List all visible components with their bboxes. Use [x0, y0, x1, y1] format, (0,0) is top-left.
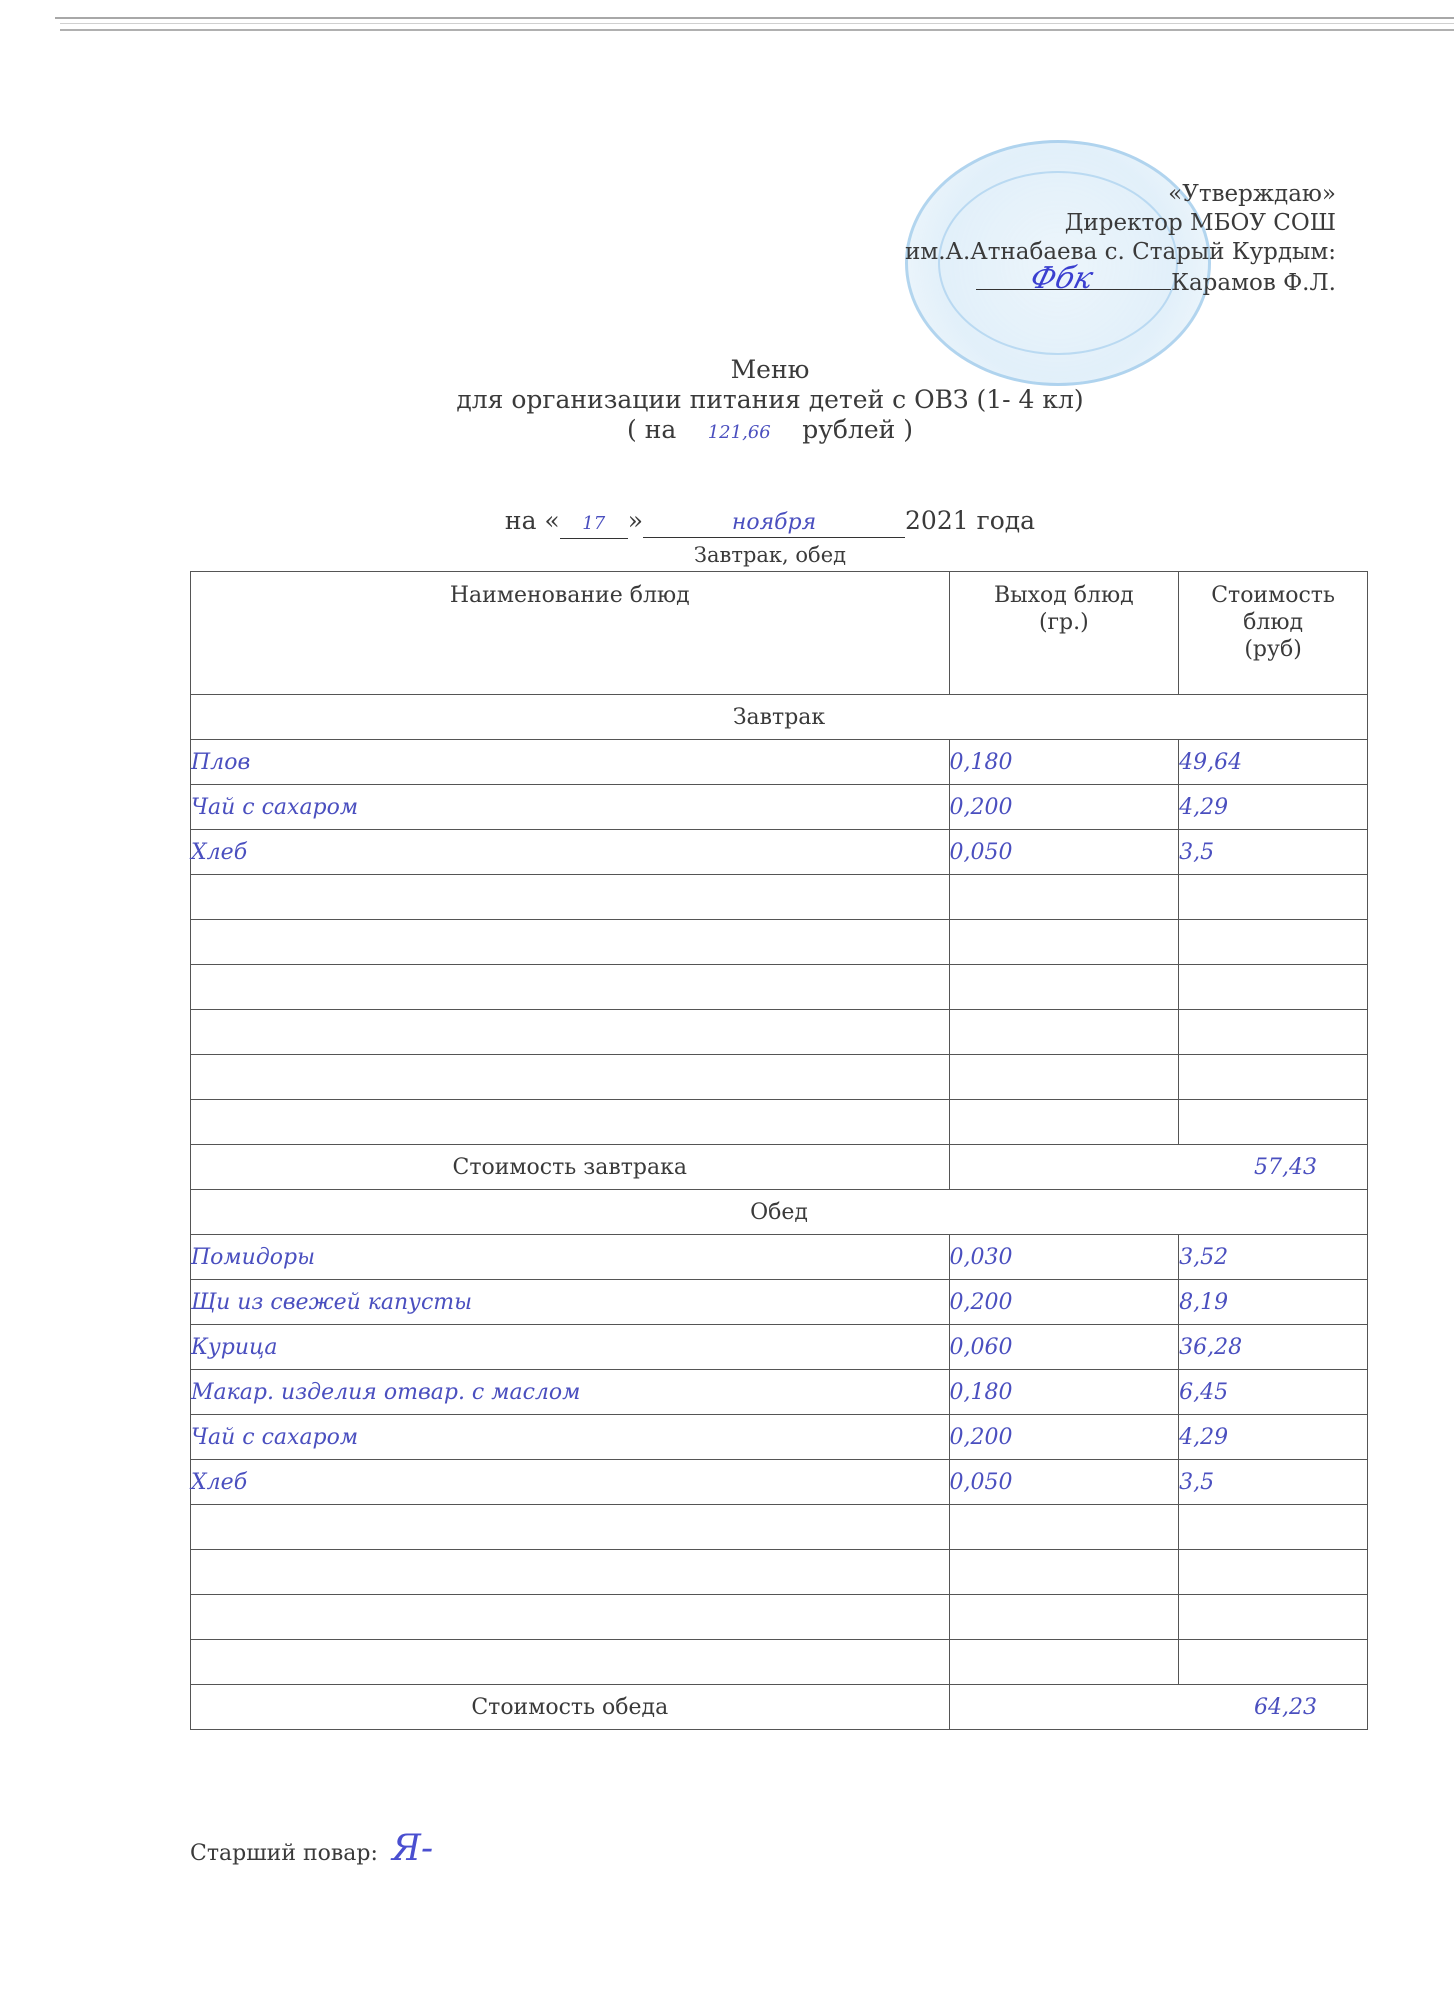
dish-name: Помидоры: [191, 1235, 950, 1280]
dish-yield: [949, 965, 1179, 1010]
dish-yield: 0,200: [949, 1415, 1179, 1460]
dish-yield: [949, 1100, 1179, 1145]
table-row: Хлеб0,0503,5: [191, 1460, 1368, 1505]
breakfast-total-value: 57,43: [949, 1145, 1367, 1190]
table-row: [191, 1595, 1368, 1640]
dish-yield: 0,200: [949, 785, 1179, 830]
table-row: [191, 875, 1368, 920]
dish-name: [191, 1505, 950, 1550]
dish-name: Хлеб: [191, 1460, 950, 1505]
dish-cost: [1179, 1550, 1368, 1595]
dish-yield: 0,180: [949, 1370, 1179, 1415]
dish-name: [191, 1640, 950, 1685]
table-row: [191, 920, 1368, 965]
dish-name: Плов: [191, 740, 950, 785]
table-row: [191, 1100, 1368, 1145]
menu-table: Наименование блюд Выход блюд(гр.) Стоимо…: [190, 571, 1368, 1730]
table-header-row: Наименование блюд Выход блюд(гр.) Стоимо…: [191, 572, 1368, 695]
table-row: Курица0,06036,28: [191, 1325, 1368, 1370]
date-line: на «17»ноября2021 года: [0, 506, 1454, 539]
dish-cost: 3,5: [1179, 830, 1368, 875]
date-year: 2021 года: [905, 506, 1035, 535]
dish-cost: [1179, 1100, 1368, 1145]
cook-signature: Я-: [392, 1828, 433, 1869]
dish-yield: [949, 1595, 1179, 1640]
dish-name: Чай с сахаром: [191, 1415, 950, 1460]
scan-edge-line: [60, 29, 1454, 31]
lunch-section-label: Обед: [191, 1190, 1368, 1235]
dish-yield: [949, 920, 1179, 965]
dish-yield: 0,050: [949, 1460, 1179, 1505]
dish-yield: [949, 1550, 1179, 1595]
dish-cost: 6,45: [1179, 1370, 1368, 1415]
table-row: [191, 1010, 1368, 1055]
dish-yield: 0,050: [949, 830, 1179, 875]
date-mid: »: [628, 506, 643, 535]
breakfast-section-label: Завтрак: [191, 695, 1368, 740]
lunch-total-value: 64,23: [949, 1685, 1367, 1730]
table-row: Чай с сахаром0,2004,29: [191, 1415, 1368, 1460]
scan-edge-line: [60, 23, 1454, 24]
table-row: [191, 1055, 1368, 1100]
dish-name: [191, 1055, 950, 1100]
cook-signature-block: Старший повар:Я-: [190, 1828, 433, 1869]
header-yield: Выход блюд(гр.): [949, 572, 1179, 695]
dish-yield: [949, 1505, 1179, 1550]
document-subtitle: для организации питания детей с ОВЗ (1- …: [0, 385, 1454, 414]
dish-cost: 36,28: [1179, 1325, 1368, 1370]
breakfast-section: Завтрак: [191, 695, 1368, 740]
dish-name: Макар. изделия отвар. с маслом: [191, 1370, 950, 1415]
dish-name: Щи из свежей капусты: [191, 1280, 950, 1325]
table-row: [191, 965, 1368, 1010]
dish-yield: 0,180: [949, 740, 1179, 785]
table-row: Плов0,18049,64: [191, 740, 1368, 785]
table-row: Щи из свежей капусты0,2008,19: [191, 1280, 1368, 1325]
dish-cost: [1179, 1055, 1368, 1100]
budget-value: 121,66: [684, 418, 794, 447]
lunch-section: Обед: [191, 1190, 1368, 1235]
dish-cost: 4,29: [1179, 785, 1368, 830]
dish-yield: 0,200: [949, 1280, 1179, 1325]
dish-name: [191, 1010, 950, 1055]
dish-name: [191, 1595, 950, 1640]
header-cost: Стоимостьблюд(руб): [1179, 572, 1368, 695]
cook-label: Старший повар:: [190, 1841, 378, 1866]
lunch-total-label: Стоимость обеда: [191, 1685, 950, 1730]
meals-caption: Завтрак, обед: [0, 543, 1454, 567]
dish-name: [191, 920, 950, 965]
date-prefix: на «: [505, 506, 560, 535]
dish-cost: 3,5: [1179, 1460, 1368, 1505]
dish-cost: 3,52: [1179, 1235, 1368, 1280]
director-signature-line: Фбк: [976, 267, 1171, 290]
dish-name: [191, 1100, 950, 1145]
approval-school: им.А.Атнабаева с. Старый Курдым:: [905, 238, 1336, 267]
dish-name: Курица: [191, 1325, 950, 1370]
director-signature: Фбк: [1027, 264, 1096, 293]
table-row: [191, 1640, 1368, 1685]
approval-position: Директор МБОУ СОШ: [905, 209, 1336, 238]
dish-cost: 4,29: [1179, 1415, 1368, 1460]
dish-cost: 8,19: [1179, 1280, 1368, 1325]
dish-cost: [1179, 1505, 1368, 1550]
dish-name: [191, 875, 950, 920]
dish-name: Хлеб: [191, 830, 950, 875]
director-name: Карамов Ф.Л.: [1171, 270, 1336, 296]
budget-line: ( на 121,66 рублей ): [0, 415, 1454, 447]
dish-yield: 0,030: [949, 1235, 1179, 1280]
budget-prefix: ( на: [627, 415, 676, 444]
table-row: Помидоры0,0303,52: [191, 1235, 1368, 1280]
dish-name: [191, 965, 950, 1010]
dish-cost: [1179, 1010, 1368, 1055]
approval-heading: «Утверждаю»: [905, 180, 1336, 209]
dish-cost: 49,64: [1179, 740, 1368, 785]
document-title: Меню: [0, 355, 1454, 384]
breakfast-total-label: Стоимость завтрака: [191, 1145, 950, 1190]
dish-yield: 0,060: [949, 1325, 1179, 1370]
dish-cost: [1179, 1595, 1368, 1640]
dish-yield: [949, 1010, 1179, 1055]
table-row: [191, 1550, 1368, 1595]
dish-yield: [949, 875, 1179, 920]
dish-yield: [949, 1055, 1179, 1100]
dish-cost: [1179, 965, 1368, 1010]
date-day: 17: [560, 509, 628, 539]
table-row: Чай с сахаром0,2004,29: [191, 785, 1368, 830]
table-row: [191, 1505, 1368, 1550]
table-row: Хлеб0,0503,5: [191, 830, 1368, 875]
dish-cost: [1179, 1640, 1368, 1685]
table-row: Макар. изделия отвар. с маслом0,1806,45: [191, 1370, 1368, 1415]
approval-block: «Утверждаю» Директор МБОУ СОШ им.А.Атнаб…: [905, 180, 1336, 298]
breakfast-total: Стоимость завтрака57,43: [191, 1145, 1368, 1190]
lunch-total: Стоимость обеда64,23: [191, 1685, 1368, 1730]
dish-name: Чай с сахаром: [191, 785, 950, 830]
date-month: ноября: [643, 508, 905, 538]
budget-suffix: рублей ): [802, 415, 913, 444]
dish-yield: [949, 1640, 1179, 1685]
scan-edge-line: [55, 17, 1454, 19]
dish-cost: [1179, 875, 1368, 920]
header-dish-name: Наименование блюд: [191, 572, 950, 695]
dish-cost: [1179, 920, 1368, 965]
dish-name: [191, 1550, 950, 1595]
